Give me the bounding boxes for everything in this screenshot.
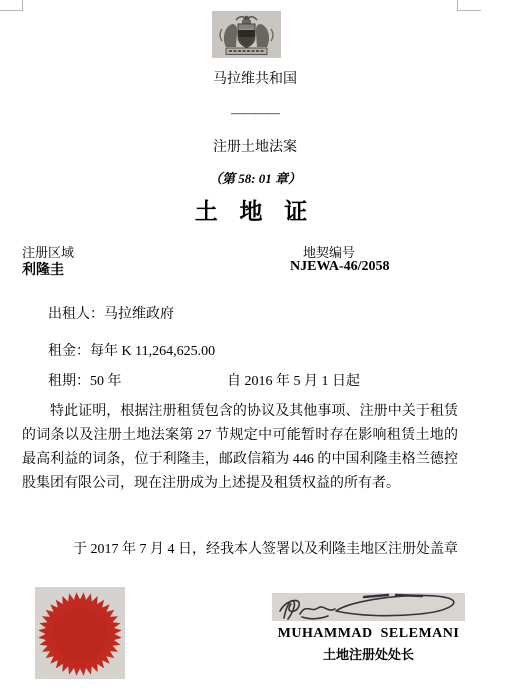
attestation-line: 于 2017 年 7 月 4 日，经我本人签署以及利隆圭地区注册处盖章 (22, 540, 458, 560)
chapter-reference: （第 58: 01 章） (0, 168, 510, 187)
deed-number-value: NJEWA-46/2058 (290, 259, 390, 275)
table-corner-mark-left (0, 0, 23, 11)
signature-image (272, 593, 465, 621)
rent-line: 租金：每年 K 11,264,625.00 (48, 340, 215, 360)
registration-district-value: 利隆圭 (22, 259, 64, 279)
term-value: 50 年 (90, 374, 122, 389)
land-certificate-document: 马拉维共和国 ———— 注册土地法案 （第 58: 01 章） 土 地 证 注册… (0, 0, 510, 699)
term-line: 租期：50 年 (48, 370, 122, 390)
lessor-value: 马拉维政府 (104, 307, 174, 322)
act-title: 注册土地法案 (0, 136, 510, 156)
table-corner-mark-right (457, 0, 481, 11)
registrar-name: MUHAMMAD SELEMANI (262, 626, 475, 642)
coat-of-arms-image (212, 11, 281, 58)
certification-paragraph: 特此证明，根据注册租赁包含的协议及其他事项、注册中关于租赁的词条以及注册土地法案… (22, 400, 458, 496)
registrar-title: 土地注册处处长 (262, 644, 475, 663)
country-name: 马拉维共和国 (0, 68, 510, 88)
rent-label: 租金： (48, 344, 90, 359)
term-start-date: 自 2016 年 5 月 1 日起 (227, 370, 360, 390)
red-seal-image (35, 587, 125, 679)
lessor-label: 出租人： (48, 307, 104, 322)
lessor-line: 出租人：马拉维政府 (48, 303, 174, 323)
rent-value: 每年 K 11,264,625.00 (90, 344, 215, 359)
document-title: 土 地 证 (0, 196, 510, 228)
separator-dashes: ———— (0, 105, 510, 121)
term-label: 租期： (48, 374, 90, 389)
